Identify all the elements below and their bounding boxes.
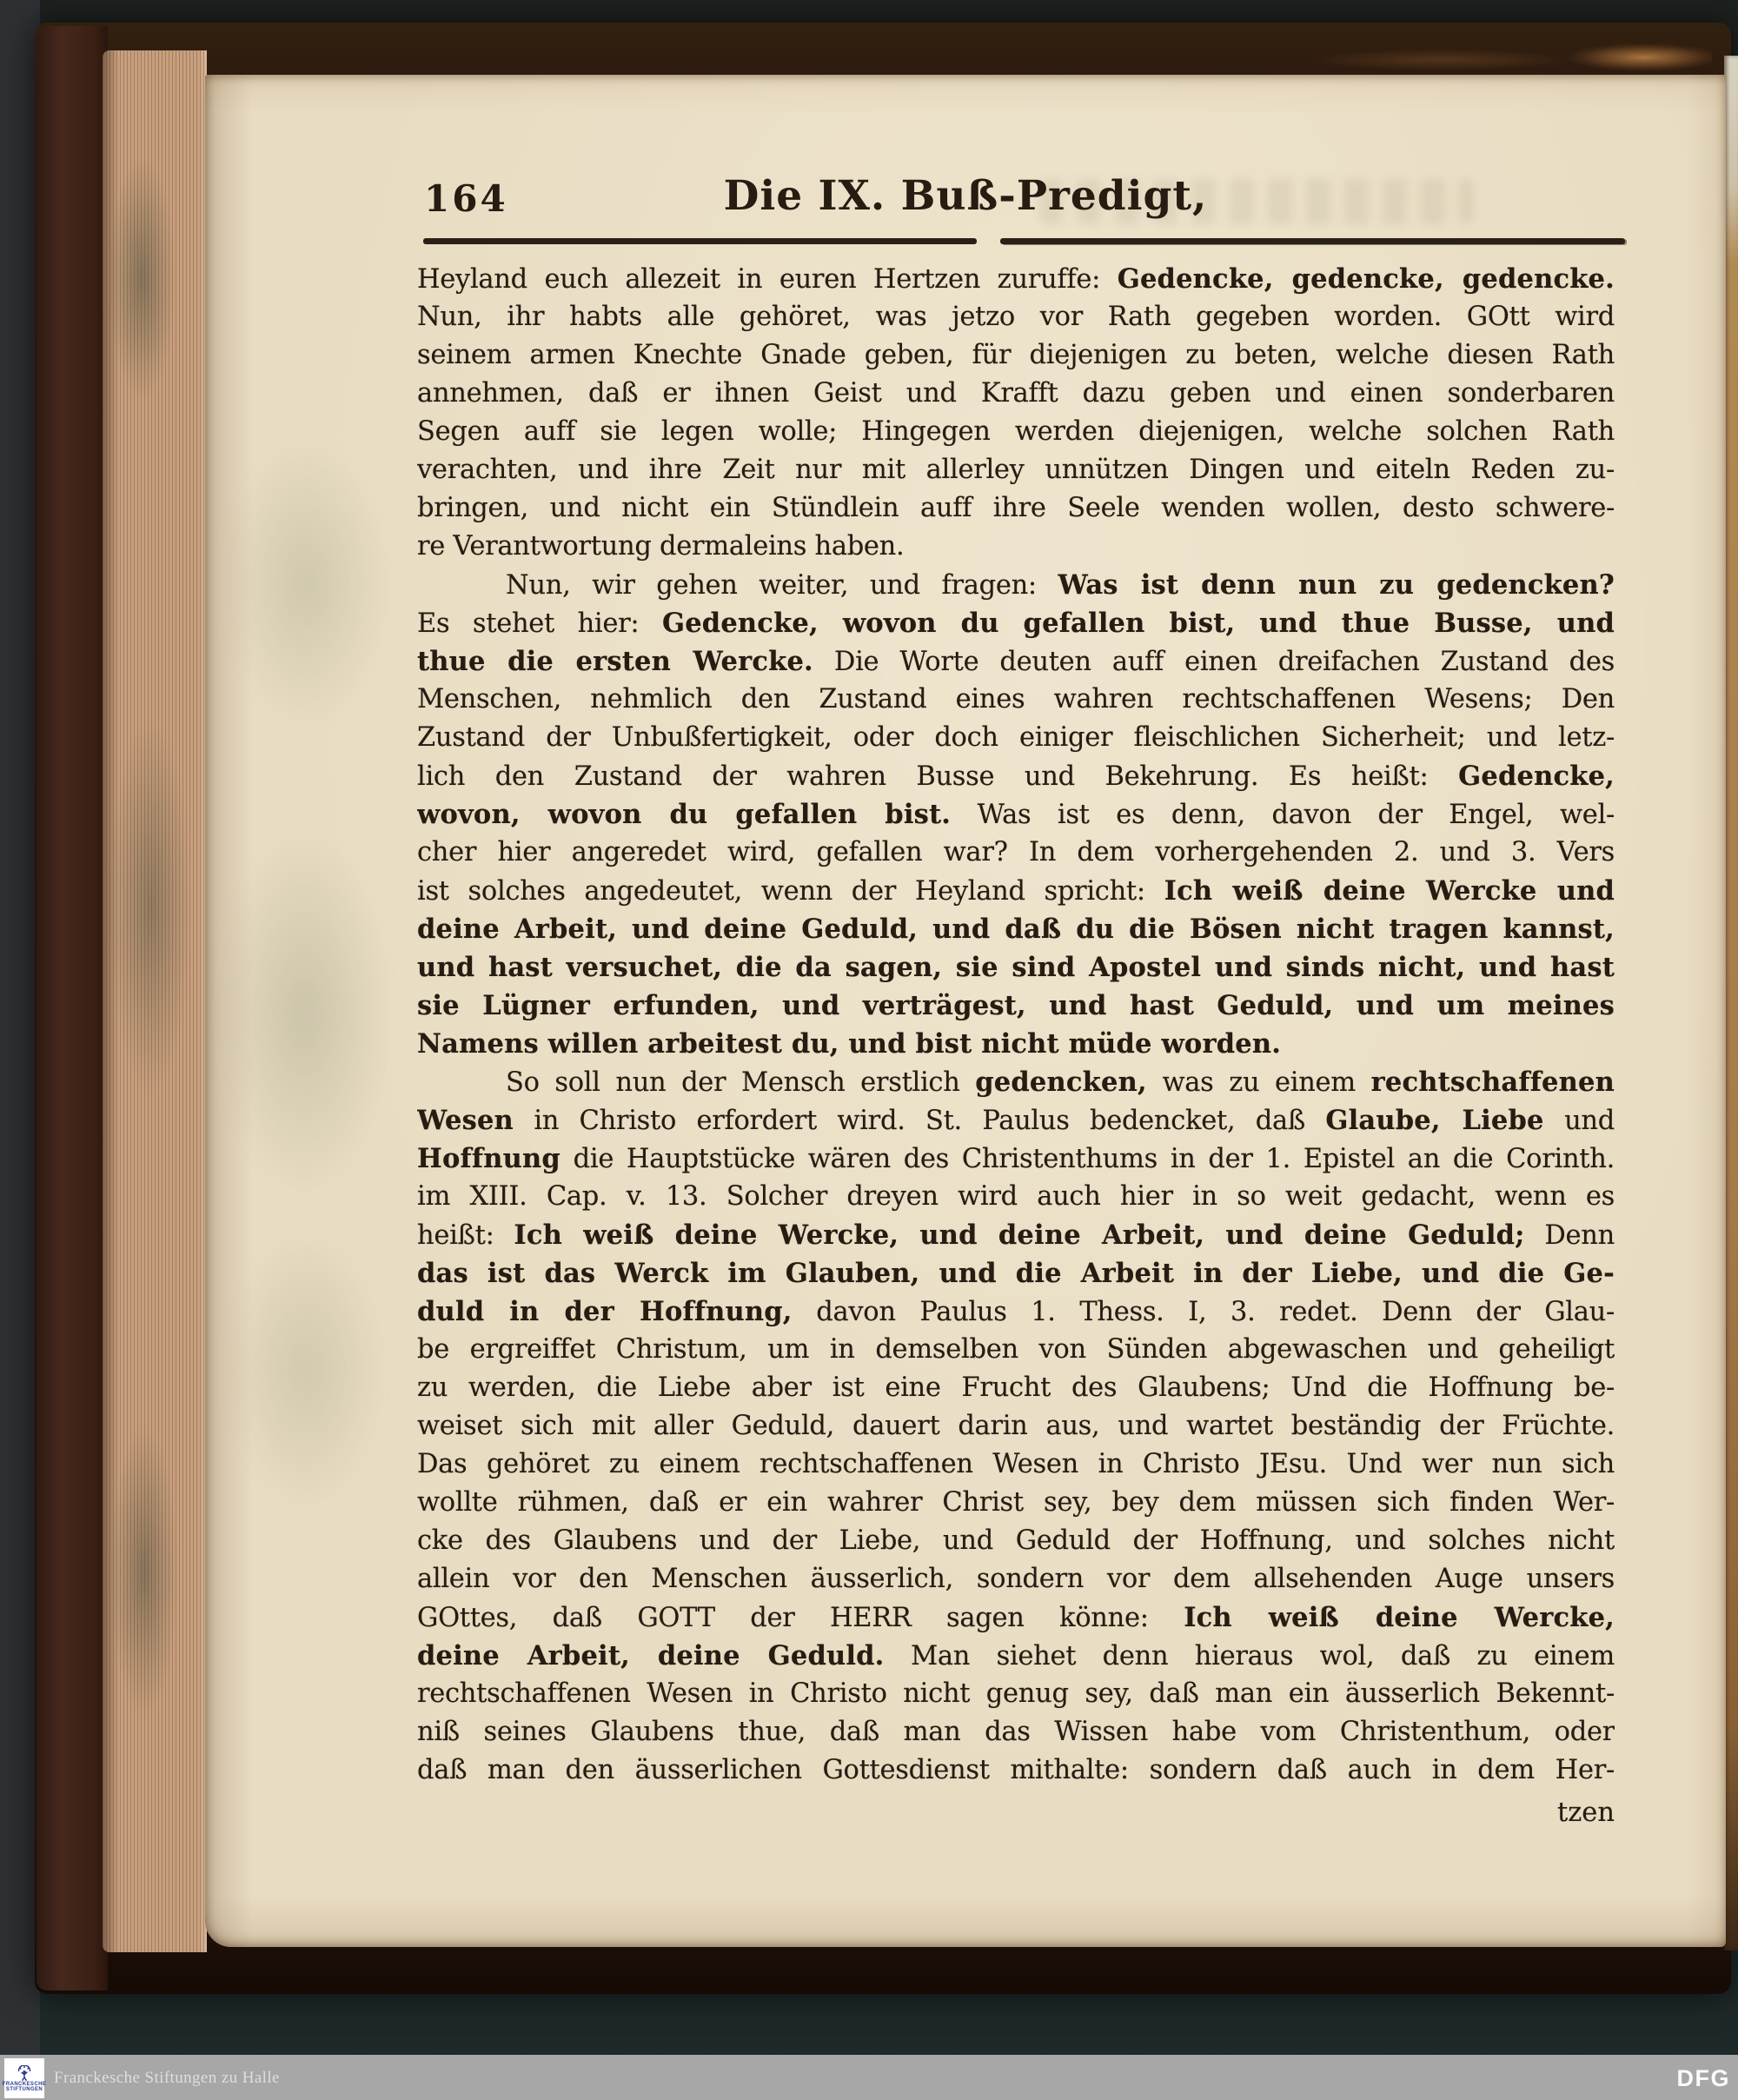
- text-line: cke des Glaubens und der Liebe, und Gedu…: [417, 1522, 1615, 1560]
- body-text-segment: Die Worte deuten auff einen dreifachen Z…: [813, 647, 1615, 677]
- body-text-segment: Das gehöret zu einem rechtschaffenen Wes…: [417, 1449, 1615, 1479]
- text-line: lich den Zustand der wahren Busse und Be…: [417, 757, 1615, 795]
- body-text-segment: Segen auff sie legen wolle; Hingegen wer…: [417, 416, 1615, 447]
- emphasized-text: Ich weiß deine Wercke, und deine Arbeit,…: [514, 1219, 1524, 1251]
- text-line: verachten, und ihre Zeit nur mit allerle…: [417, 451, 1615, 489]
- body-text-segment: in Christo erfordert wird. St. Paulus be…: [514, 1106, 1325, 1136]
- book-fore-edge: [1724, 56, 1738, 1950]
- body-text-segment: seinem armen Knechte Gnade geben, für di…: [417, 340, 1615, 370]
- body-text-segment: GOttes, daß GOTT der HERR sagen könne:: [417, 1603, 1184, 1633]
- body-text-segment: re Verantwortung dermaleins haben.: [417, 531, 904, 562]
- book-spine: [36, 26, 108, 1990]
- body-text-segment: davon Paulus 1. Thess. I, 3. redet. Denn…: [793, 1297, 1615, 1327]
- text-line: re Verantwortung dermaleins haben.: [417, 528, 1615, 566]
- body-text-segment: im XIII. Cap. v. 13. Solcher dreyen wird…: [417, 1181, 1615, 1212]
- page-stack-edge: [103, 50, 207, 1952]
- dfg-logo: DFG: [1677, 2055, 1731, 2100]
- emphasized-text: Glaube, Liebe: [1325, 1105, 1543, 1136]
- text-line: thue die ersten Wercke. Die Worte deuten…: [417, 642, 1615, 681]
- emphasized-text: thue die ersten Wercke.: [417, 646, 813, 677]
- text-line: Menschen, nehmlich den Zustand eines wah…: [417, 681, 1615, 719]
- body-text-segment: und: [1544, 1106, 1615, 1136]
- emphasized-text: Gedencke,: [1458, 761, 1615, 792]
- emphasized-text: Ich weiß deine Wercke und: [1164, 875, 1615, 907]
- body-text-segment: weiset sich mit aller Geduld, dauert dar…: [417, 1411, 1615, 1441]
- text-line: Segen auff sie legen wolle; Hingegen wer…: [417, 413, 1615, 451]
- text-line: und hast versuchet, die da sagen, sie si…: [417, 948, 1615, 987]
- text-line: wollte rühmen, daß er ein wahrer Christ …: [417, 1484, 1615, 1522]
- body-text-segment: die Hauptstücke wären des Christenthums …: [561, 1144, 1615, 1174]
- emphasized-text: Gedencke, wovon du gefallen bist, und th…: [662, 608, 1615, 639]
- text-line: Das gehöret zu einem rechtschaffenen Wes…: [417, 1445, 1615, 1484]
- paper-stain: [228, 1231, 384, 1509]
- franckesche-emblem-icon: [16, 2065, 33, 2081]
- text-line: weiset sich mit aller Geduld, dauert dar…: [417, 1407, 1615, 1445]
- body-text-segment: cke des Glaubens und der Liebe, und Gedu…: [417, 1525, 1615, 1556]
- emphasized-text: rechtschaffenen: [1371, 1067, 1615, 1098]
- text-line: ist solches angedeutet, wenn der Heyland…: [417, 872, 1615, 910]
- body-text-segment: was zu einem: [1147, 1067, 1371, 1098]
- body-text-segment: Denn: [1525, 1220, 1615, 1251]
- emphasized-text: Wesen: [417, 1105, 514, 1136]
- body-text-segment: rechtschaffenen Wesen in Christo nicht g…: [417, 1678, 1615, 1709]
- text-line: duld in der Hoffnung, davon Paulus 1. Th…: [417, 1293, 1615, 1331]
- text-line: Nun, ihr habts alle gehöret, was jetzo v…: [417, 298, 1615, 336]
- book-page: 164 Die IX. Buß-Predigt, Heyland euch al…: [205, 75, 1726, 1947]
- emphasized-text: Was ist denn nun zu gedencken?: [1058, 569, 1615, 601]
- body-text-segment: Menschen, nehmlich den Zustand eines wah…: [417, 684, 1615, 714]
- text-line: Namens willen arbeitest du, und bist nic…: [417, 1025, 1615, 1063]
- text-line: zu werden, die Liebe aber ist eine Fruch…: [417, 1369, 1615, 1407]
- text-line: bringen, und nicht ein Stündlein auff ih…: [417, 489, 1615, 528]
- digitized-book-scan: 164 Die IX. Buß-Predigt, Heyland euch al…: [0, 0, 1738, 2100]
- book-top-edge-wear: [1260, 30, 1712, 80]
- text-line: cher hier angeredet wird, gefallen war? …: [417, 834, 1615, 872]
- text-line: Hoffnung die Hauptstücke wären des Chris…: [417, 1140, 1615, 1178]
- text-line: niß seines Glaubens thue, daß man das Wi…: [417, 1713, 1615, 1751]
- text-line: So soll nun der Mensch erstlich gedencke…: [417, 1063, 1615, 1101]
- emphasized-text: und hast versuchet, die da sagen, sie si…: [417, 952, 1615, 983]
- text-line: Es stehet hier: Gedencke, wovon du gefal…: [417, 604, 1615, 642]
- emphasized-text: das ist das Werck im Glauben, und die Ar…: [417, 1258, 1615, 1289]
- text-line: be ergreiffet Christum, um in demselben …: [417, 1331, 1615, 1369]
- body-text-segment: allein vor den Menschen äusserlich, sond…: [417, 1564, 1615, 1594]
- body-text-segment: cher hier angeredet wird, gefallen war? …: [417, 837, 1615, 867]
- emphasized-text: gedencken,: [975, 1067, 1147, 1098]
- text-line: daß man den äusserlichen Gottesdienst mi…: [417, 1751, 1615, 1790]
- body-text-segment: Man siehet denn hieraus wol, daß zu eine…: [885, 1641, 1615, 1671]
- text-line: Zustand der Unbußfertigkeit, oder doch e…: [417, 719, 1615, 757]
- emphasized-text: Namens willen arbeitest du, und bist nic…: [417, 1028, 1281, 1060]
- text-line: annehmen, daß er ihnen Geist und Krafft …: [417, 375, 1615, 413]
- body-text-segment: bringen, und nicht ein Stündlein auff ih…: [417, 493, 1615, 523]
- body-text-segment: annehmen, daß er ihnen Geist und Krafft …: [417, 378, 1615, 409]
- emphasized-text: Hoffnung: [417, 1143, 561, 1174]
- catchword: tzen: [417, 1794, 1615, 1832]
- text-line: Wesen in Christo erfordert wird. St. Pau…: [417, 1101, 1615, 1140]
- body-text-segment: daß man den äusserlichen Gottesdienst mi…: [417, 1755, 1615, 1785]
- body-text-segment: heißt:: [417, 1220, 514, 1251]
- footer-bar: FRANCKESCHE STIFTUNGEN Franckesche Stift…: [0, 2055, 1738, 2100]
- text-line: das ist das Werck im Glauben, und die Ar…: [417, 1254, 1615, 1293]
- body-text-segment: zu werden, die Liebe aber ist eine Fruch…: [417, 1372, 1615, 1403]
- text-line: Nun, wir gehen weiter, und fragen: Was i…: [417, 566, 1615, 604]
- body-text-segment: Zustand der Unbußfertigkeit, oder doch e…: [417, 722, 1615, 753]
- emphasized-text: sie Lügner erfunden, und verträgest, und…: [417, 990, 1615, 1021]
- body-text-segment: So soll nun der Mensch erstlich: [506, 1067, 975, 1098]
- text-line: allein vor den Menschen äusserlich, sond…: [417, 1560, 1615, 1598]
- running-header: Die IX. Buß-Predigt,: [518, 172, 1413, 220]
- text-line: Heyland euch allezeit in euren Hertzen z…: [417, 260, 1615, 298]
- body-text-segment: Was ist es denn, davon der Engel, wel-: [951, 800, 1615, 830]
- body-text-segment: be ergreiffet Christum, um in demselben …: [417, 1334, 1615, 1365]
- text-line: sie Lügner erfunden, und verträgest, und…: [417, 987, 1615, 1025]
- franckesche-logo-text-2: STIFTUNGEN: [6, 2087, 43, 2092]
- paper-stain: [217, 831, 391, 1196]
- body-text: Heyland euch allezeit in euren Hertzen z…: [417, 260, 1615, 1790]
- text-line: seinem armen Knechte Gnade geben, für di…: [417, 336, 1615, 375]
- body-text-segment: Nun, ihr habts alle gehöret, was jetzo v…: [417, 302, 1615, 332]
- page-number: 164: [424, 177, 508, 220]
- header-rule: [1000, 238, 1625, 244]
- text-line: rechtschaffenen Wesen in Christo nicht g…: [417, 1675, 1615, 1713]
- emphasized-text: duld in der Hoffnung,: [417, 1296, 793, 1327]
- text-line: im XIII. Cap. v. 13. Solcher dreyen wird…: [417, 1178, 1615, 1216]
- text-line: GOttes, daß GOTT der HERR sagen könne: I…: [417, 1598, 1615, 1637]
- text-line: deine Arbeit, deine Geduld. Man siehet d…: [417, 1637, 1615, 1675]
- header-rule: [423, 238, 977, 244]
- emphasized-text: wovon, wovon du gefallen bist.: [417, 799, 951, 830]
- franckesche-logo: FRANCKESCHE STIFTUNGEN: [4, 2058, 44, 2098]
- institution-name: Franckesche Stiftungen zu Halle: [54, 2055, 280, 2100]
- body-text-segment: lich den Zustand der wahren Busse und Be…: [417, 761, 1458, 792]
- text-line: wovon, wovon du gefallen bist. Was ist e…: [417, 795, 1615, 834]
- emphasized-text: Gedencke, gedencke, gedencke.: [1118, 263, 1615, 295]
- body-text-segment: ist solches angedeutet, wenn der Heyland…: [417, 876, 1164, 907]
- text-line: deine Arbeit, und deine Geduld, und daß …: [417, 910, 1615, 948]
- body-text-segment: wollte rühmen, daß er ein wahrer Christ …: [417, 1487, 1615, 1518]
- body-text-segment: niß seines Glaubens thue, daß man das Wi…: [417, 1717, 1615, 1747]
- emphasized-text: deine Arbeit, deine Geduld.: [417, 1640, 885, 1671]
- body-text-segment: Heyland euch allezeit in euren Hertzen z…: [417, 264, 1118, 295]
- body-text-segment: verachten, und ihre Zeit nur mit allerle…: [417, 455, 1615, 485]
- emphasized-text: deine Arbeit, und deine Geduld, und daß …: [417, 914, 1615, 945]
- body-text-segment: Nun, wir gehen weiter, und fragen:: [506, 570, 1058, 601]
- paper-stain: [224, 440, 389, 727]
- body-text-segment: Es stehet hier:: [417, 608, 662, 639]
- text-line: heißt: Ich weiß deine Wercke, und deine …: [417, 1216, 1615, 1254]
- emphasized-text: Ich weiß deine Wercke,: [1184, 1602, 1615, 1633]
